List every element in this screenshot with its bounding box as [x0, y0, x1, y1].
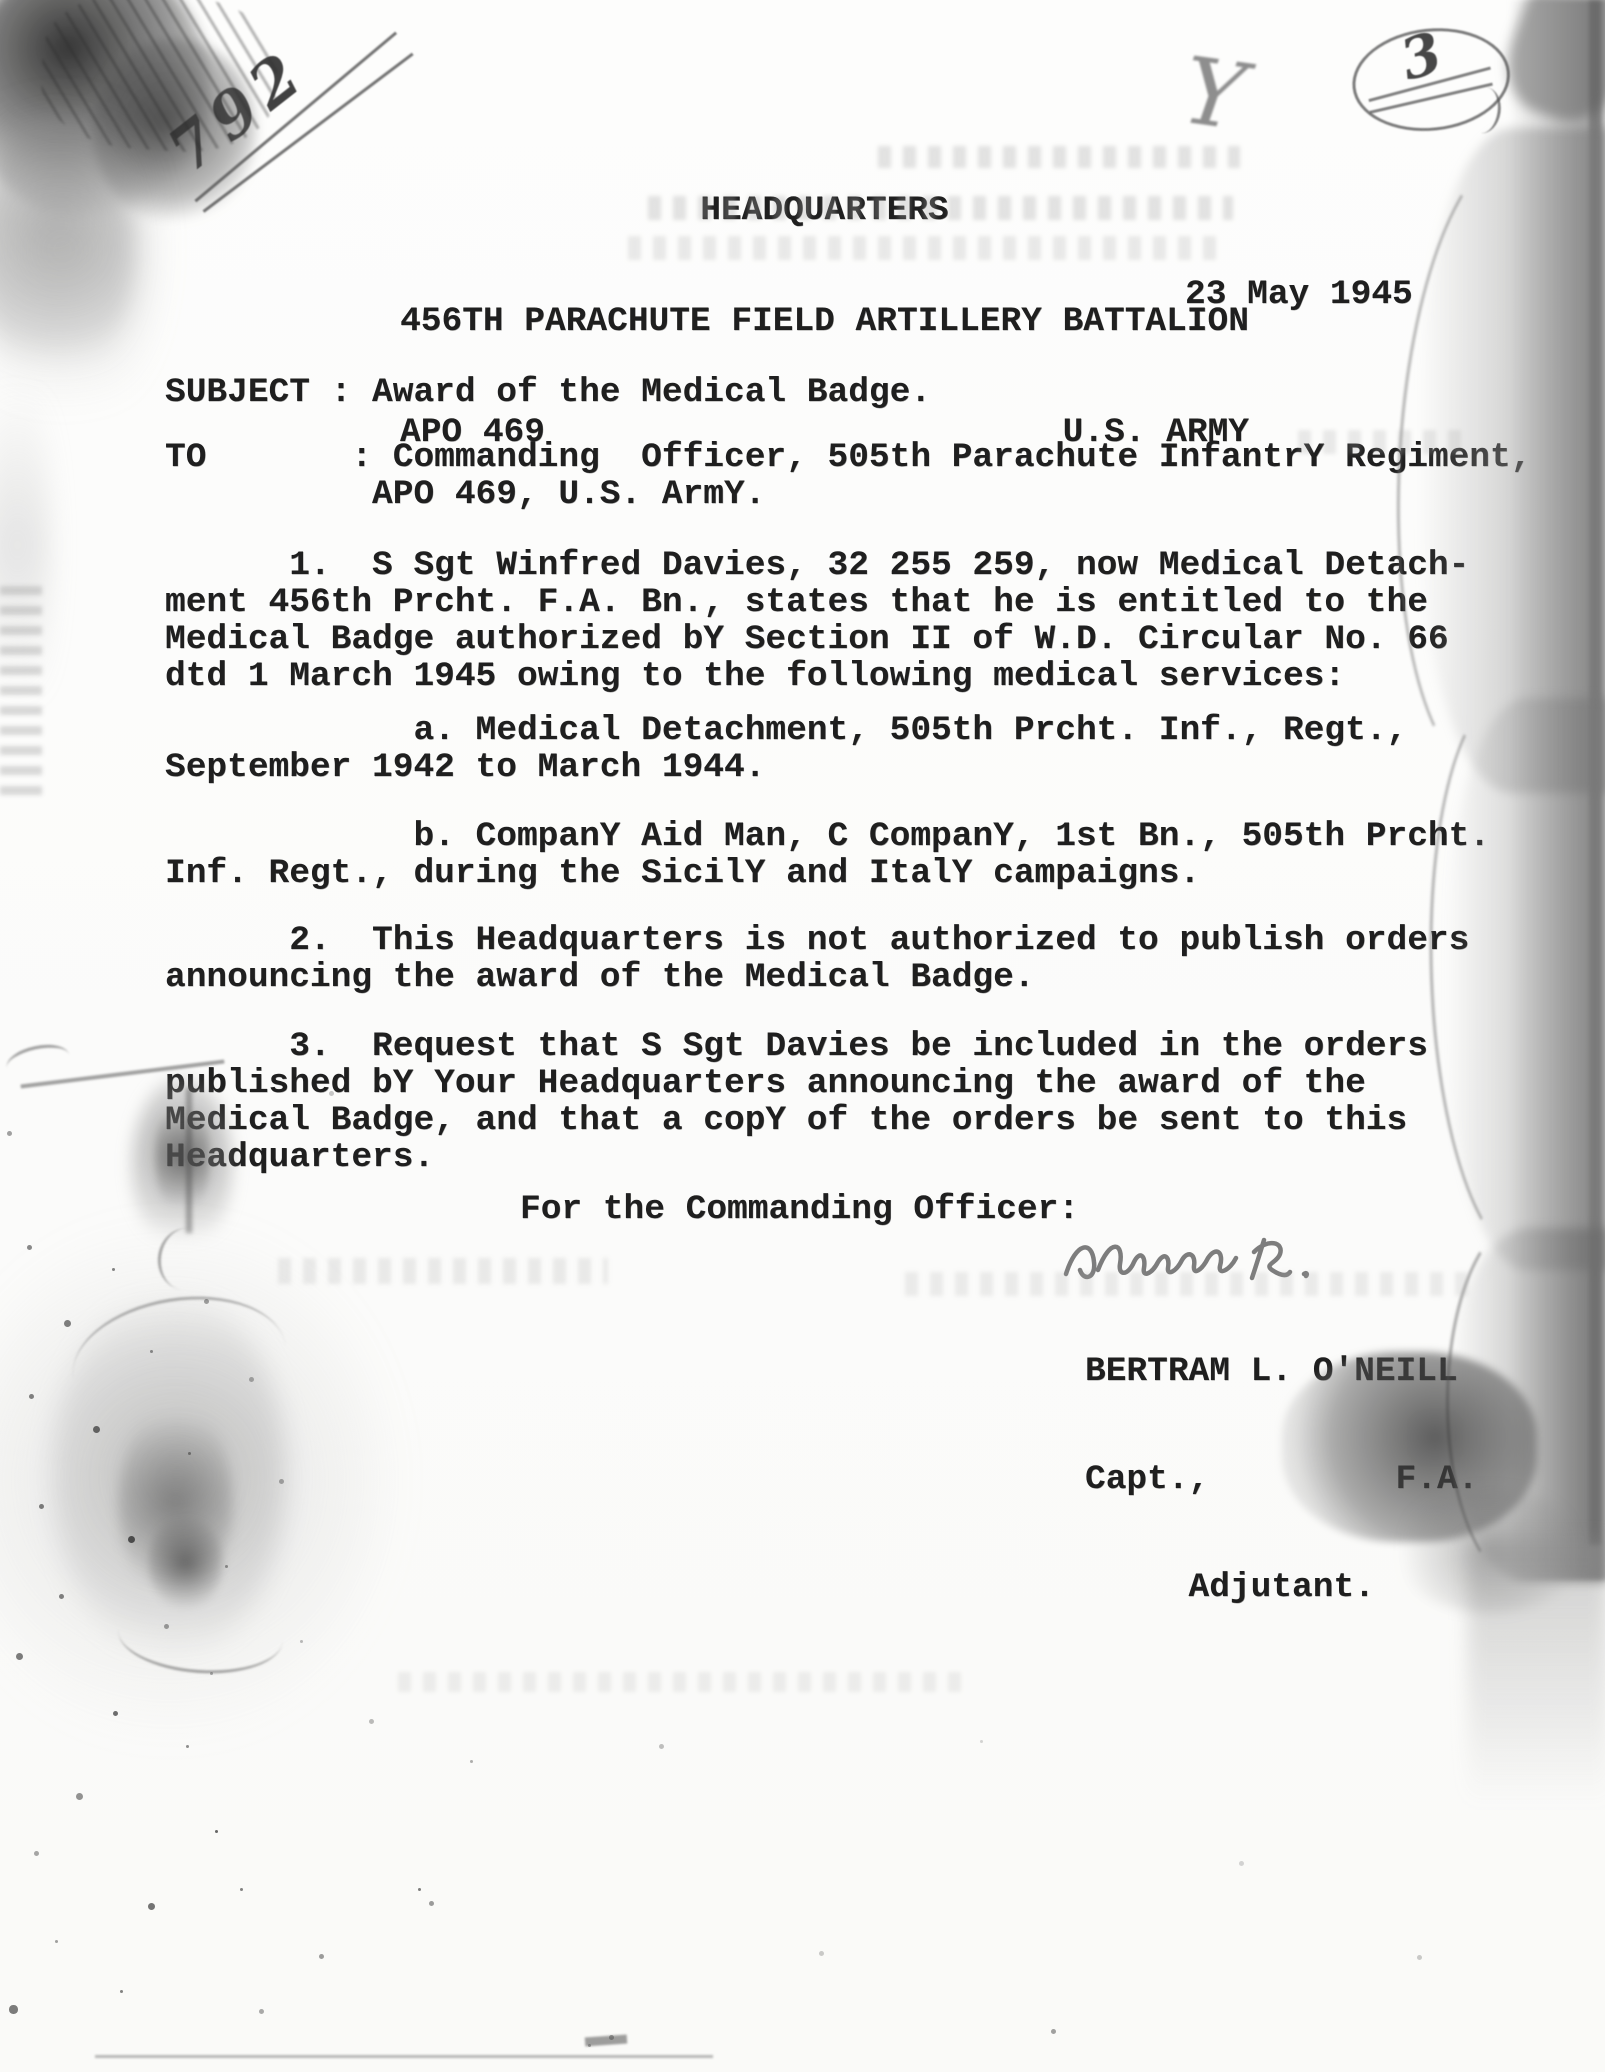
circle-strike-1	[1368, 67, 1490, 103]
dust-specks-left	[0, 0, 3, 3]
corner-shadow-top-right	[1492, 0, 1605, 135]
to-address-block: TO : Commanding Officer, 505th Parachute…	[165, 439, 1531, 513]
stain-bottom-left-core-1	[118, 1405, 233, 1600]
stain-bottom-left-blob	[52, 1292, 287, 1657]
subject-line: SUBJECT : Award of the Medical Badge.	[165, 374, 931, 411]
scratch-squiggle-left	[3, 1040, 72, 1084]
closing-line: For the Commanding Officer:	[520, 1191, 1079, 1228]
circled-number-text: 3	[1393, 19, 1449, 93]
letterhead-unit: 456TH PARACHUTE FIELD ARTILLERY BATTALIO…	[400, 303, 1249, 340]
stain-left-wash-mid	[0, 335, 50, 755]
circle-strike-2	[1369, 83, 1492, 114]
dust-specks-bottom	[0, 0, 3, 3]
signature-block: BERTRAM L. O'NEILL Capt., F.A. Adjutant.	[1085, 1282, 1478, 1678]
stain-bottom-left-hook	[116, 1592, 286, 1678]
circle-tail-stroke	[1465, 85, 1504, 135]
handwritten-page-number-text: 792	[154, 35, 320, 187]
bleed-through-text-5	[278, 1258, 608, 1284]
subparagraph-b: b. CompanY Aid Man, C CompanY, 1st Bn., …	[165, 818, 1490, 892]
stain-bottom-left-wash	[0, 1225, 385, 1735]
circled-number-annotation: 3	[1346, 11, 1527, 143]
scanned-letter-page: HEADQUARTERS 456TH PARACHUTE FIELD ARTIL…	[0, 0, 1605, 2072]
signature-rank: Capt., F.A.	[1085, 1462, 1478, 1498]
handwritten-underline-1	[194, 32, 397, 203]
stain-top-left-dark	[0, 0, 210, 220]
bleed-through-text-left-edge	[0, 585, 42, 795]
ink-tick-bottom	[585, 2035, 628, 2047]
paragraph-1: 1. S Sgt Winfred Davies, 32 255 259, now…	[165, 547, 1469, 695]
date-line: 23 May 1945	[1185, 276, 1413, 313]
scan-edge-line-bottom	[95, 2055, 713, 2058]
stain-top-left-mid	[92, 38, 257, 223]
page-curl-shadow-band	[1508, 0, 1605, 1580]
signature-name: BERTRAM L. O'NEILL	[1085, 1354, 1478, 1390]
stain-bottom-left-arc	[63, 1282, 295, 1442]
page-edge-shadow-line	[1589, 0, 1601, 1545]
letterhead-org: HEADQUARTERS	[400, 192, 1249, 229]
smudge-left-hook	[154, 1224, 217, 1293]
paragraph-3: 3. Request that S Sgt Davies be included…	[165, 1028, 1428, 1176]
stain-top-left-hatching	[37, 0, 282, 158]
stain-bottom-left-core-2	[148, 1515, 223, 1610]
subparagraph-a: a. Medical Detachment, 505th Prcht. Inf.…	[165, 712, 1407, 786]
paragraph-2: 2. This Headquarters is not authorized t…	[165, 922, 1469, 996]
signature-title: Adjutant.	[1085, 1570, 1478, 1606]
stain-top-left-streak	[0, 115, 135, 385]
handwritten-underline-2	[203, 53, 414, 213]
stain-left-wash-upper	[0, 60, 155, 440]
bleed-through-text-7	[398, 1672, 963, 1692]
circle-outline	[1347, 21, 1515, 139]
page-curl-fade-bottom	[1468, 1540, 1605, 1805]
page-curl-lobe-2	[1446, 698, 1605, 1270]
